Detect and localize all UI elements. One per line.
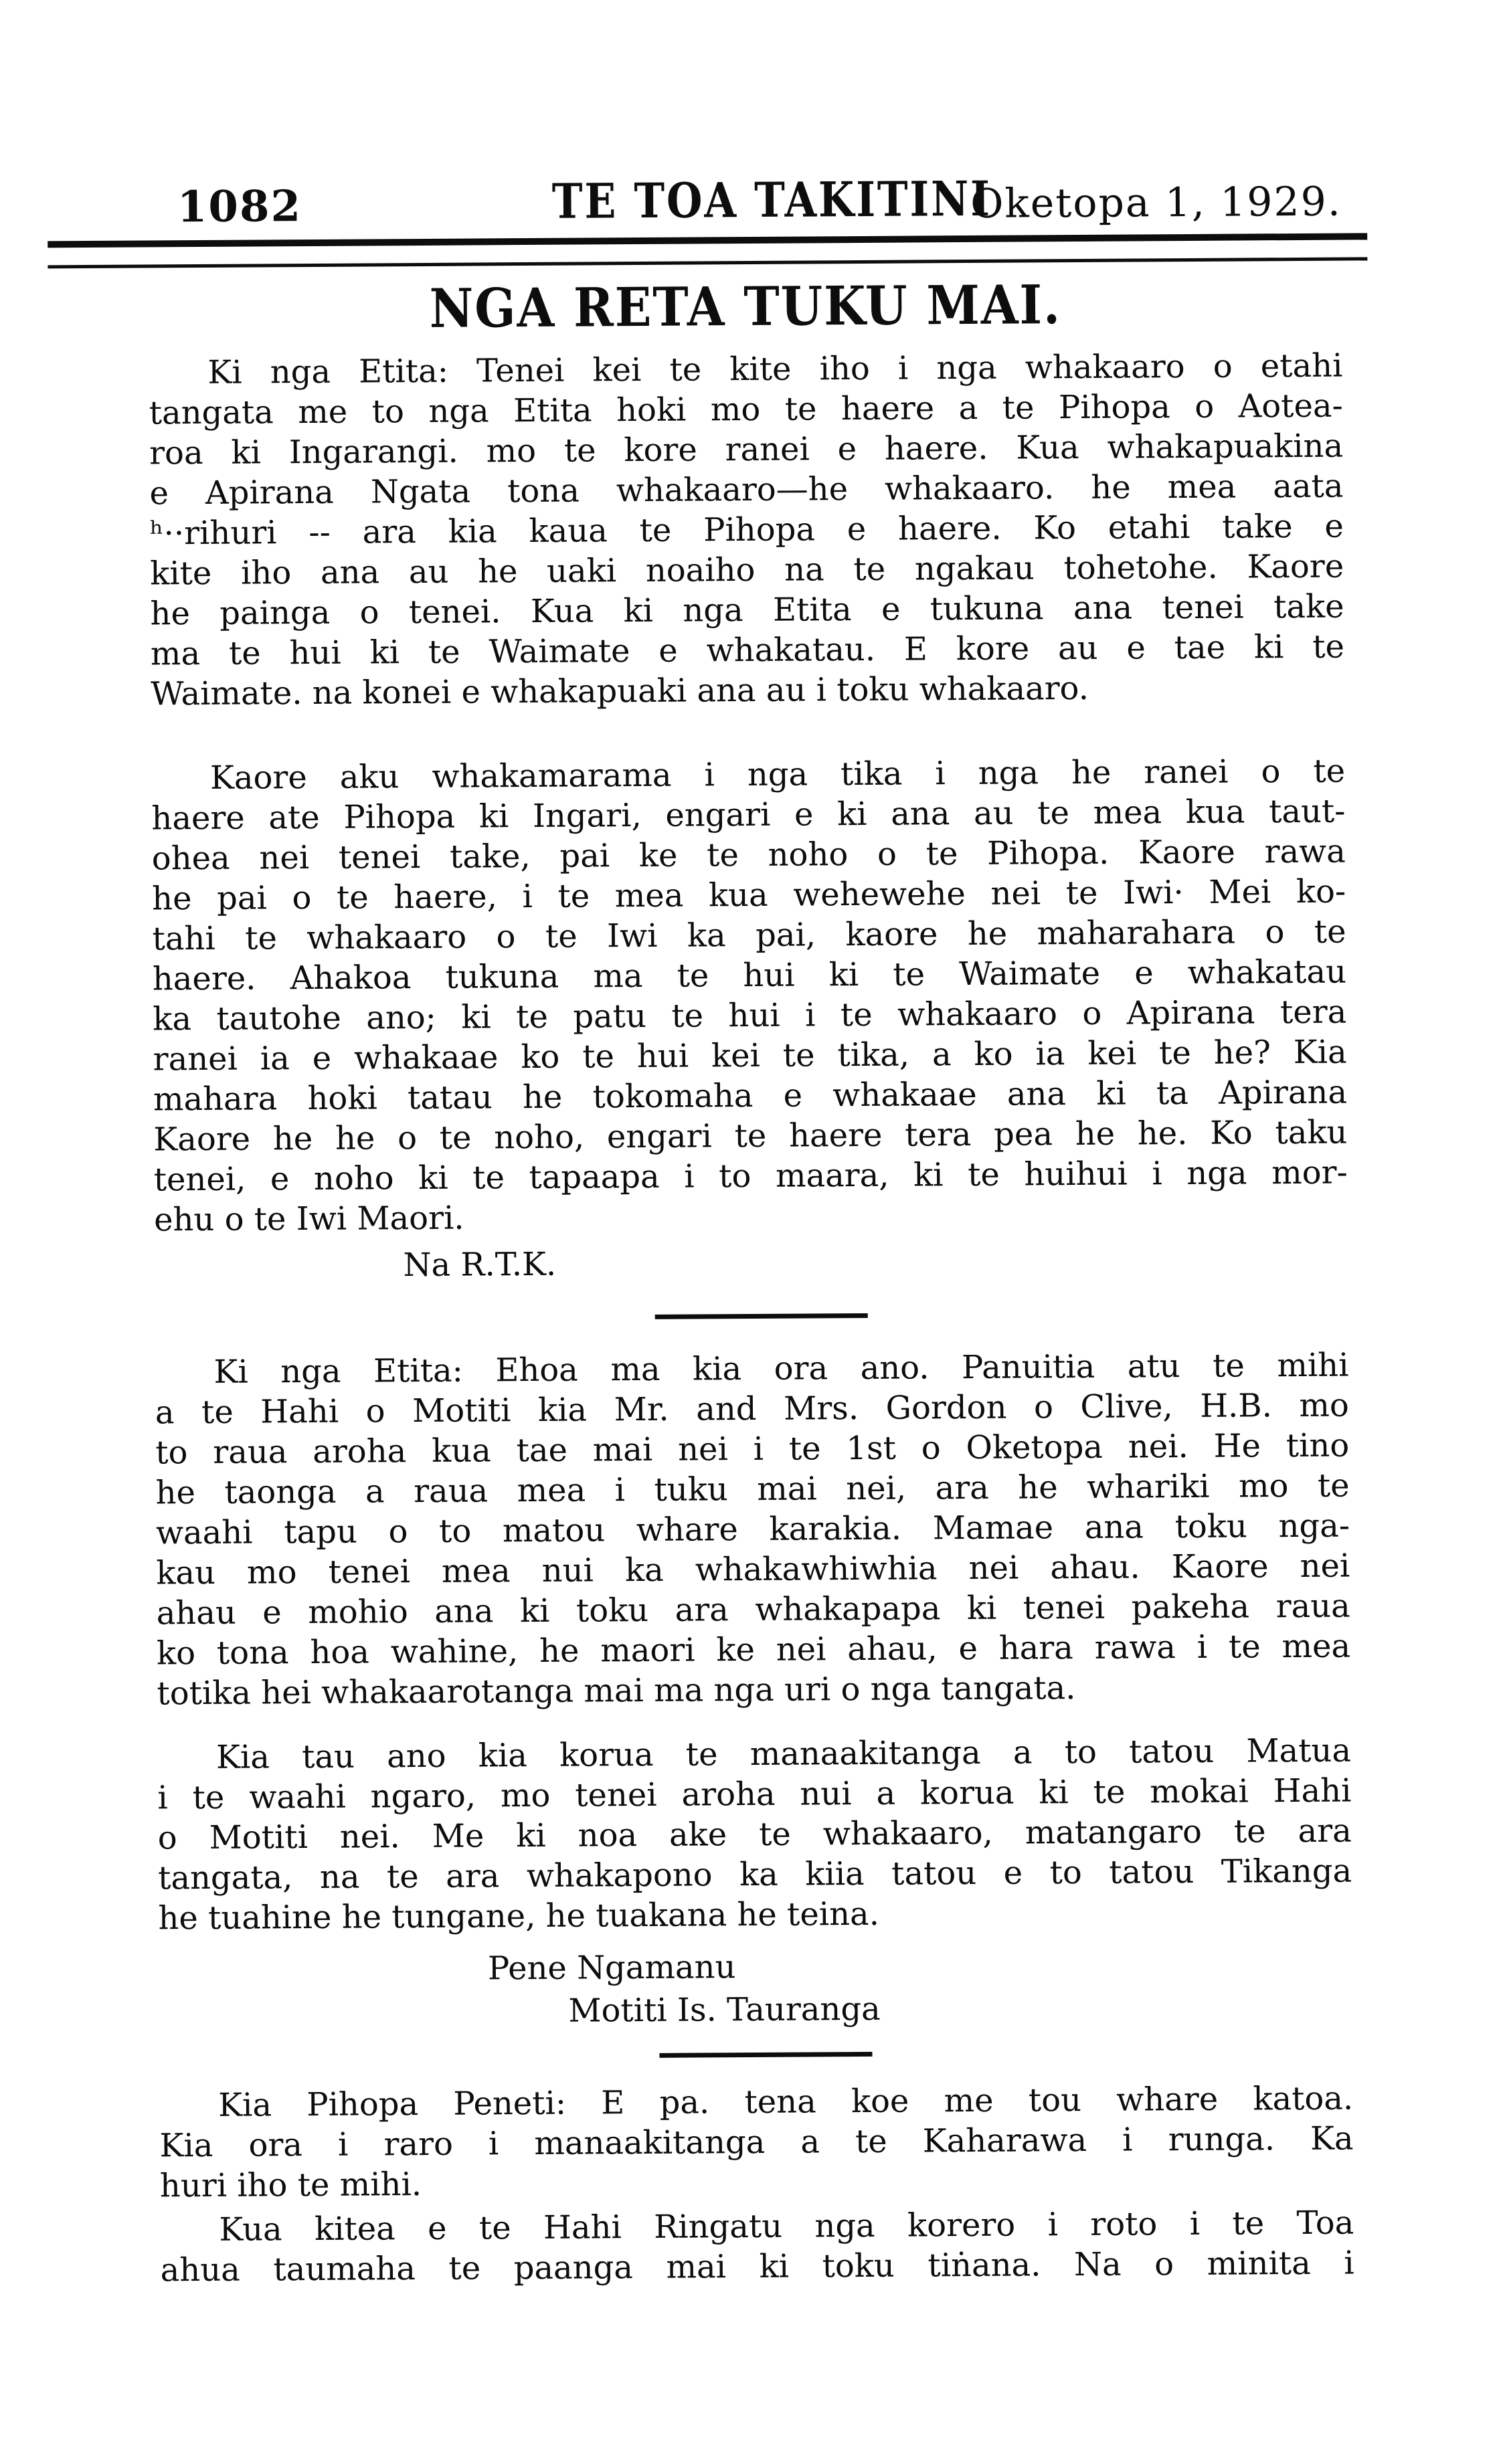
text-line: Kia ora i raro i manaakitanga a te Kahar… bbox=[159, 2119, 1353, 2166]
text-line: Waimate. na konei e whakapuaki ana au i … bbox=[151, 667, 1344, 715]
double-rule-bottom bbox=[48, 257, 1367, 268]
text-line: haere. Ahakoa tukuna ma te hui ki te Wai… bbox=[153, 952, 1346, 1000]
text-line: he pai o te haere, i te mea kua wehewehe… bbox=[152, 872, 1346, 919]
text-line: roa ki Ingarangi. mo te kore ranei e hae… bbox=[149, 426, 1343, 474]
text-line: i te waahi ngaro, mo tenei aroha nui a k… bbox=[157, 1771, 1351, 1818]
text-line: totika hei whakaarotanga mai ma nga uri … bbox=[157, 1667, 1350, 1714]
text-line: mahara hoki tatau he tokomaha e whakaae … bbox=[153, 1072, 1347, 1120]
text-line: o Motiti nei. Me ki noa ake te whakaaro,… bbox=[158, 1811, 1352, 1859]
text-line: to raua aroha kua tae mai nei i te 1st o… bbox=[155, 1426, 1349, 1473]
text-line: ehu o te Iwi Maori. bbox=[154, 1193, 1348, 1240]
masthead-title: TE TOA TAKITINI bbox=[552, 171, 992, 230]
page-content: 1082 TE TOA TAKITINI Oketopa 1, 1929. NG… bbox=[0, 0, 1501, 2464]
text-line: Kaore aku whakamarama i nga tika i nga h… bbox=[151, 751, 1345, 799]
text-line: he painga o tenei. Kua ki nga Etita e tu… bbox=[150, 587, 1344, 634]
text-line: huri iho te mihi. bbox=[160, 2159, 1354, 2206]
text-line: Kaore he he o te noho, engari te haere t… bbox=[153, 1113, 1347, 1160]
text-line: kau mo tenei mea nui ka whakawhiwhia nei… bbox=[156, 1546, 1350, 1594]
page-header: 1082 TE TOA TAKITINI Oketopa 1, 1929. bbox=[148, 169, 1342, 233]
letter-2-paragraph-2: Kia tau ano kia korua te manaakitanga a … bbox=[157, 1731, 1352, 1939]
text-line: ko tona hoa wahine, he maori ke nei ahau… bbox=[157, 1626, 1350, 1674]
article-title: NGA RETA TUKU MAI. bbox=[166, 272, 1324, 341]
letter-3-paragraph-2: Kua kitea e te Hahi Ringatu nga korero i… bbox=[160, 2203, 1354, 2291]
text-line: he tuahine he tungane, he tuakana he tei… bbox=[158, 1891, 1352, 1939]
text-line: ahua taumaha te paanga mai ki toku tiṅan… bbox=[161, 2243, 1354, 2291]
text-line: tangata me to nga Etita hoki mo te haere… bbox=[149, 386, 1343, 434]
text-line: Ki nga Etita: Ehoa ma kia ora ano. Panui… bbox=[155, 1345, 1348, 1393]
letter-1-paragraph-1: Ki nga Etita: Tenei kei te kite iho i ng… bbox=[149, 346, 1344, 715]
text-line: waahi tapu o to matou whare karakia. Mam… bbox=[156, 1506, 1350, 1553]
text-line: ahau e mohio ana ki toku ara whakapapa k… bbox=[157, 1586, 1350, 1634]
section-divider-2 bbox=[659, 2052, 872, 2058]
text-line: haere ate Pihopa ki Ingari, engari e ki … bbox=[151, 791, 1345, 839]
text-line: ma te hui ki te Waimate e whakatau. E ko… bbox=[151, 627, 1344, 674]
section-divider-1 bbox=[654, 1313, 867, 1319]
text-line: a te Hahi o Motiti kia Mr. and Mrs. Gord… bbox=[155, 1386, 1349, 1433]
page-number: 1082 bbox=[177, 181, 302, 232]
text-line: Kua kitea e te Hahi Ringatu nga korero i… bbox=[160, 2203, 1354, 2251]
letter-1-signature: Na R.T.K. bbox=[154, 1239, 1501, 1285]
issue-date: Oketopa 1, 1929. bbox=[970, 179, 1342, 227]
text-line: ohea nei tenei take, pai ke te noho o te… bbox=[152, 832, 1346, 879]
text-line: ka tautohe ano; ki te patu te hui i te w… bbox=[153, 992, 1346, 1040]
text-line: e Apirana Ngata tona whakaaro—he whakaar… bbox=[149, 466, 1343, 514]
text-line: he taonga a raua mea i tuku mai nei, ara… bbox=[155, 1466, 1349, 1513]
text-line: tangata, na te ara whakapono ka kiia tat… bbox=[158, 1851, 1352, 1899]
text-line: ranei ia e whakaae ko te hui kei te tika… bbox=[153, 1032, 1346, 1080]
scanned-page: 1082 TE TOA TAKITINI Oketopa 1, 1929. NG… bbox=[0, 0, 1501, 2464]
text-line: Ki nga Etita: Tenei kei te kite iho i ng… bbox=[149, 346, 1342, 393]
text-line: Kia tau ano kia korua te manaakitanga a … bbox=[157, 1731, 1351, 1778]
text-line: tahi te whakaaro o te Iwi ka pai, kaore … bbox=[152, 912, 1346, 959]
letter-2-paragraph-1: Ki nga Etita: Ehoa ma kia ora ano. Panui… bbox=[155, 1345, 1350, 1714]
letter-3-paragraph-1: Kia Pihopa Peneti: E pa. tena koe me tou… bbox=[159, 2079, 1354, 2206]
letter-1-paragraph-2: Kaore aku whakamarama i nga tika i nga h… bbox=[151, 751, 1348, 1240]
double-rule-top bbox=[48, 233, 1367, 248]
text-line: kite iho ana au he uaki noaiho na te nga… bbox=[150, 547, 1344, 594]
text-line: tenei, e noho ki te tapaapa i to maara, … bbox=[154, 1153, 1348, 1200]
letter-2-signature-place: Motiti Is. Tauranga bbox=[159, 1985, 1501, 2032]
letter-2-signature-name: Pene Ngamanu bbox=[159, 1943, 1501, 1990]
text-line: ʰ··rihuri -- ara kia kaua te Pihopa e ha… bbox=[150, 506, 1344, 554]
text-line: Kia Pihopa Peneti: E pa. tena koe me tou… bbox=[159, 2079, 1353, 2126]
